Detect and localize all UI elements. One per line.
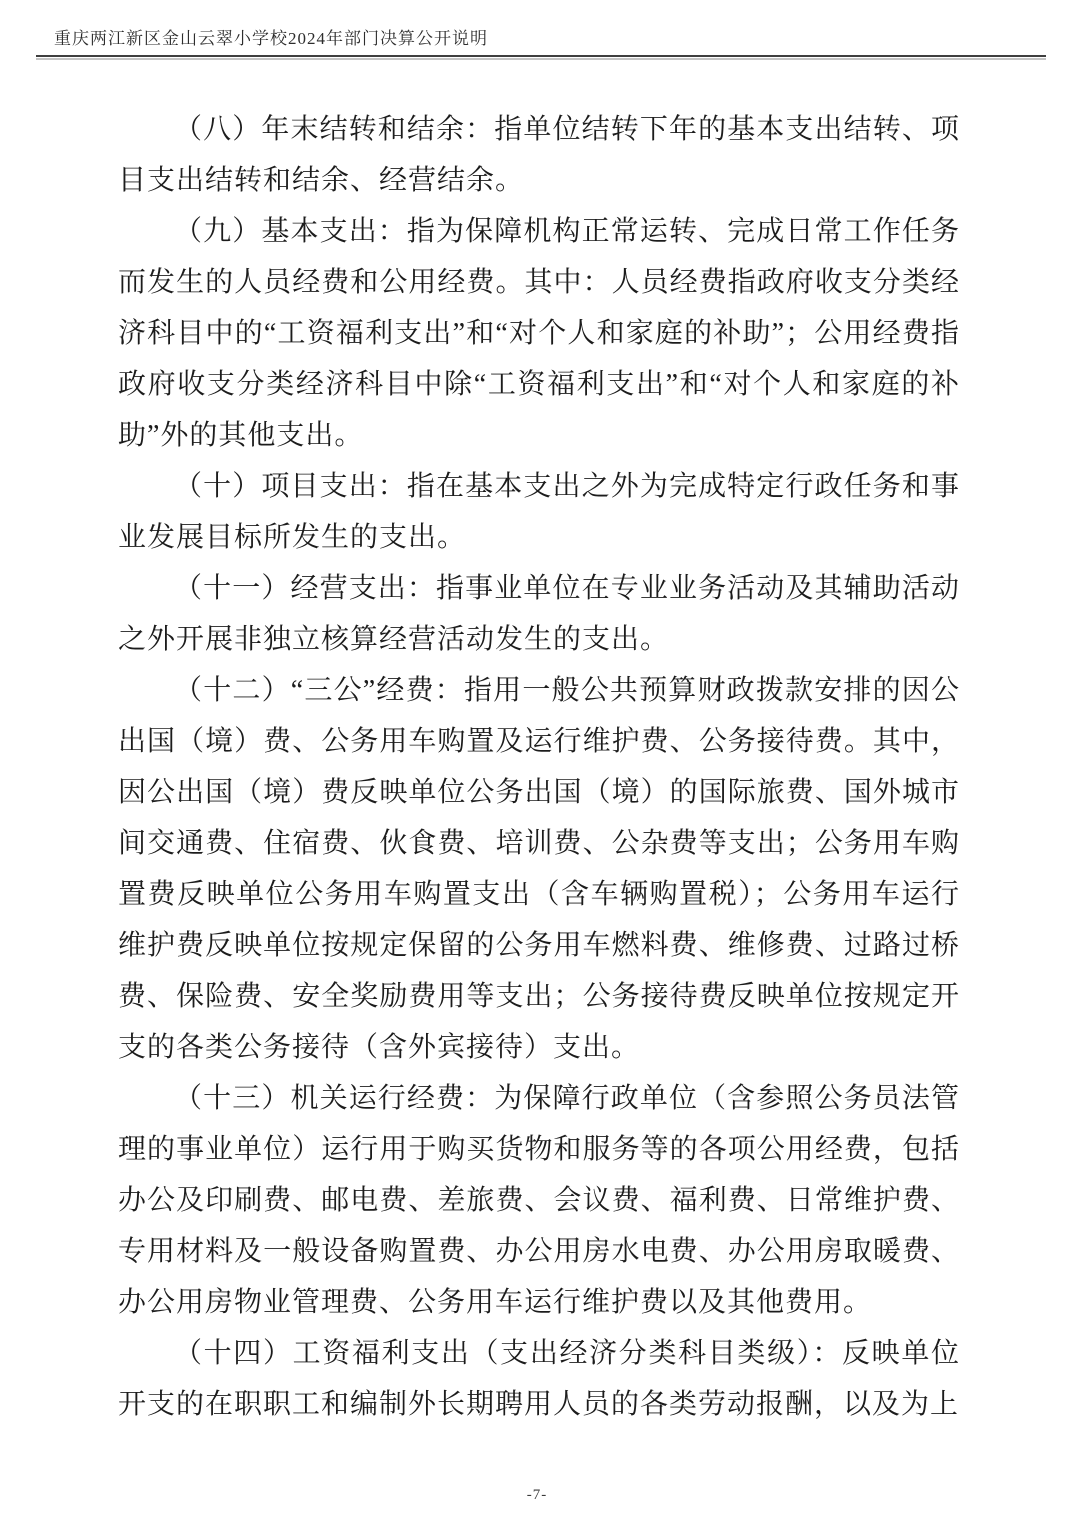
page-number: -7- bbox=[527, 1487, 548, 1503]
paragraph-salary-welfare-expenditure: （十四）工资福利支出（支出经济分类科目类级）：反映单位开支的在职职工和编制外长期… bbox=[118, 1328, 960, 1430]
document-page: 重庆两江新区金山云翠小学校2024年部门决算公开说明 （八）年末结转和结余：指单… bbox=[0, 0, 1074, 1520]
page-header: 重庆两江新区金山云翠小学校2024年部门决算公开说明 bbox=[36, 28, 1046, 57]
header-title: 重庆两江新区金山云翠小学校2024年部门决算公开说明 bbox=[36, 28, 1046, 50]
paragraph-three-public-funds: （十二）“三公”经费：指用一般公共预算财政拨款安排的因公出国（境）费、公务用车购… bbox=[118, 665, 960, 1073]
paragraph-year-end-carryover: （八）年末结转和结余：指单位结转下年的基本支出结转、项目支出结转和结余、经营结余… bbox=[118, 104, 960, 206]
document-body: （八）年末结转和结余：指单位结转下年的基本支出结转、项目支出结转和结余、经营结余… bbox=[118, 104, 960, 1430]
paragraph-project-expenditure: （十）项目支出：指在基本支出之外为完成特定行政任务和事业发展目标所发生的支出。 bbox=[118, 461, 960, 563]
paragraph-operating-expenditure: （十一）经营支出：指事业单位在专业业务活动及其辅助活动之外开展非独立核算经营活动… bbox=[118, 563, 960, 665]
header-divider bbox=[36, 55, 1046, 57]
paragraph-agency-operating-funds: （十三）机关运行经费：为保障行政单位（含参照公务员法管理的事业单位）运行用于购买… bbox=[118, 1073, 960, 1328]
paragraph-basic-expenditure: （九）基本支出：指为保障机构正常运转、完成日常工作任务而发生的人员经费和公用经费… bbox=[118, 206, 960, 461]
page-footer: -7- bbox=[0, 1487, 1074, 1504]
